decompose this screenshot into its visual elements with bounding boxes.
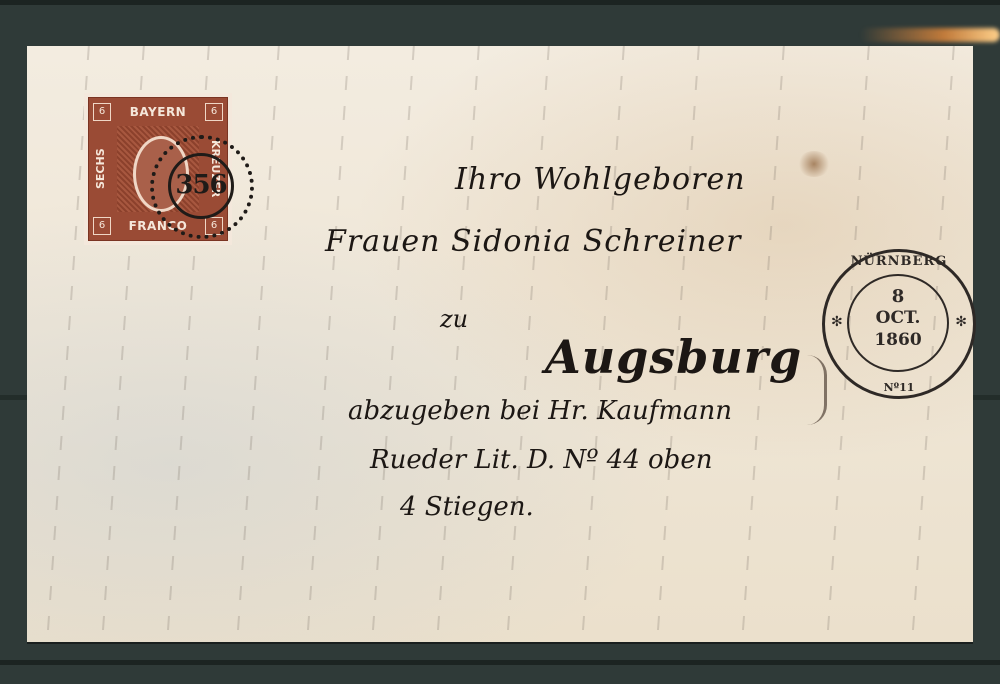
ink-stain xyxy=(797,151,831,177)
postmark-time: Nº11 xyxy=(825,381,973,394)
postmark-inner-ring: 8 OCT. 1860 xyxy=(847,274,949,372)
postmark-month: OCT. xyxy=(849,308,947,328)
address-city: Augsburg xyxy=(545,330,802,384)
stamp-corner-value: 6 xyxy=(93,217,111,235)
ornament-icon: ✻ xyxy=(831,314,843,330)
address-preposition: zu xyxy=(440,305,468,333)
address-salutation: Ihro Wohlgeboren xyxy=(455,162,746,197)
postmark-day: 8 xyxy=(849,286,947,307)
album-stripe-top xyxy=(0,0,1000,5)
stamp-value-word: SECHS xyxy=(92,124,110,214)
address-recipient: Frauen Sidonia Schreiner xyxy=(325,224,742,259)
ornament-icon: ✻ xyxy=(955,314,967,330)
address-care-of: abzugeben bei Hr. Kaufmann xyxy=(348,396,732,426)
postmark-year: 1860 xyxy=(849,330,947,350)
address-floor: 4 Stiegen. xyxy=(400,492,534,522)
cancel-number: 356 xyxy=(171,170,231,200)
stamp-corner-value: 6 xyxy=(205,103,223,121)
pen-stroke xyxy=(800,355,827,425)
address-street: Rueder Lit. D. Nº 44 oben xyxy=(370,445,712,475)
stamp-corner-value: 6 xyxy=(93,103,111,121)
numeral-cancellation: 356 xyxy=(150,135,254,239)
postmark-city: NÜRNBERG xyxy=(825,254,973,269)
stamp-country: BAYERN xyxy=(111,103,205,121)
postmark: NÜRNBERG ✻ ✻ 8 OCT. 1860 Nº11 xyxy=(822,249,976,399)
cancel-ring: 356 xyxy=(168,153,234,219)
light-flare xyxy=(860,28,1000,42)
album-stripe-bottom xyxy=(0,660,1000,665)
